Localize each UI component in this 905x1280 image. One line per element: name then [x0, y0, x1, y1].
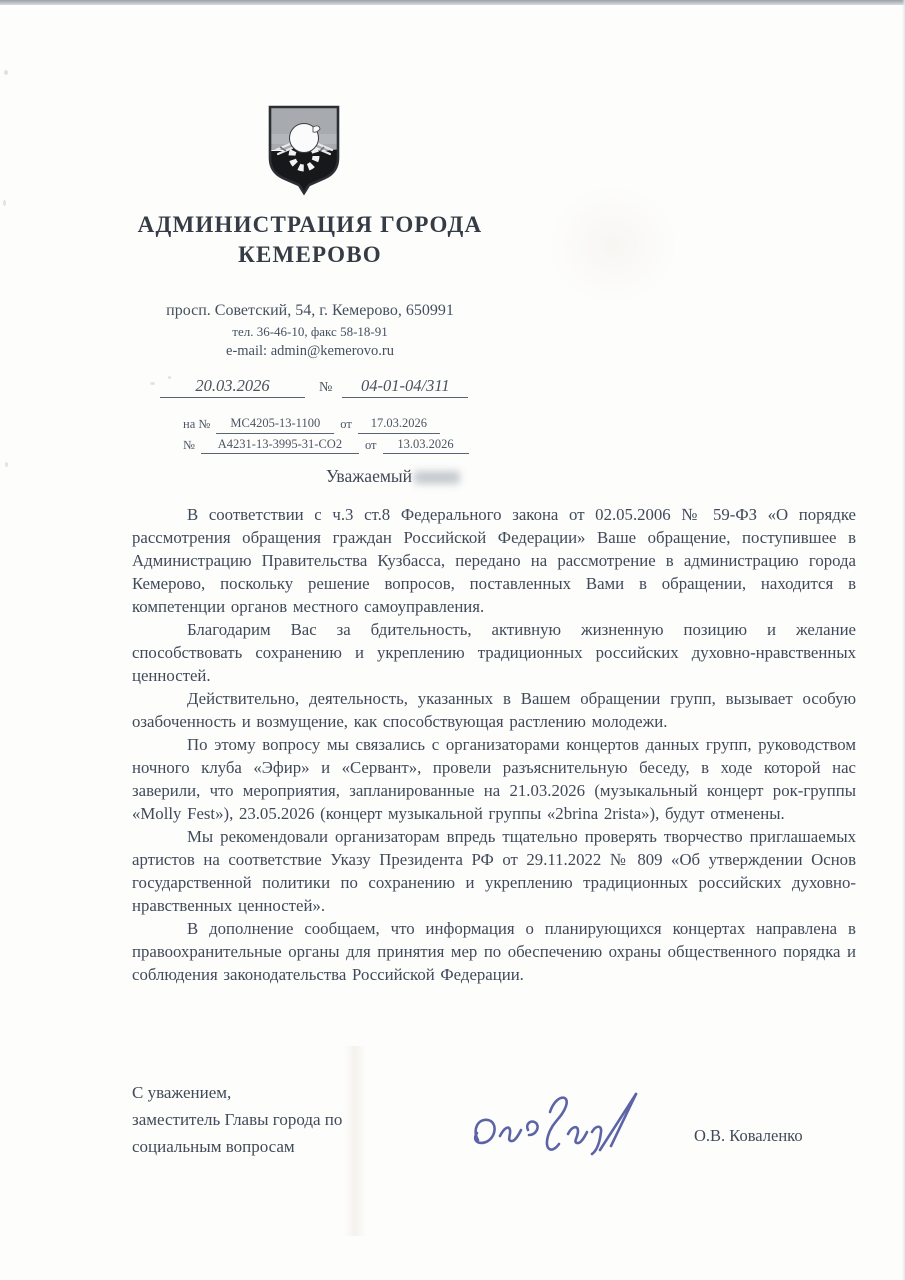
phone-fax: тел. 36-46-10, факс 58-18-91: [95, 322, 525, 341]
reference-line-1: на № МС4205-13-1100 от 17.03.2026: [183, 414, 475, 434]
ref2-date: 13.03.2026: [383, 435, 469, 455]
reference-line-2: № А4231-13-3995-31-СО2 от 13.03.2026: [183, 435, 475, 455]
closing-line: С уважением,: [132, 1079, 342, 1106]
ref2-number: А4231-13-3995-31-СО2: [201, 435, 359, 455]
scan-speck: [4, 70, 8, 75]
paper-crease: [344, 1046, 366, 1236]
salutation-text: Уважаемый: [326, 466, 412, 486]
ref2-prefix: №: [183, 436, 195, 455]
letter-date: 20.03.2026: [160, 376, 305, 398]
scan-speck: [5, 462, 8, 467]
letterhead-contacts: просп. Советский, 54, г. Кемерово, 65099…: [95, 300, 525, 361]
signer-name: О.В. Коваленко: [694, 1126, 854, 1146]
organization-name: АДМИНИСТРАЦИЯ ГОРОДА КЕМЕРОВО: [95, 210, 525, 270]
scan-edge-top: [0, 0, 905, 5]
paragraph: Действительно, деятельность, указанных в…: [132, 687, 856, 733]
letter-body: В соответствии с ч.3 ст.8 Федерального з…: [132, 503, 856, 986]
date-number-row: 20.03.2026 № 04-01-04/311: [160, 376, 468, 398]
ref1-prefix: на №: [183, 415, 210, 434]
scan-speck: [150, 382, 155, 385]
paragraph: Мы рекомендовали организаторам впредь тщ…: [132, 825, 856, 917]
scan-smudge: [548, 185, 678, 305]
ref1-date: 17.03.2026: [358, 414, 440, 434]
ref1-ot: от: [340, 415, 352, 434]
closing-block: С уважением, заместитель Главы города по…: [132, 1079, 342, 1160]
ref1-number: МС4205-13-1100: [216, 414, 334, 434]
kemerovo-coat-of-arms-icon: [266, 104, 342, 199]
number-sign: №: [319, 380, 332, 398]
salutation-line: Уважаемый: [326, 466, 460, 487]
redacted-addressee-name: [414, 471, 460, 484]
signer-title-line: заместитель Главы города по: [132, 1106, 342, 1133]
organization-name-line2: КЕМЕРОВО: [95, 240, 525, 270]
scanned-letter-page: АДМИНИСТРАЦИЯ ГОРОДА КЕМЕРОВО просп. Сов…: [0, 0, 905, 1280]
handwritten-signature-icon: [462, 1078, 652, 1173]
postal-address: просп. Советский, 54, г. Кемерово, 65099…: [95, 300, 525, 322]
paragraph: В соответствии с ч.3 ст.8 Федерального з…: [132, 503, 856, 618]
email: e-mail: admin@kemerovo.ru: [95, 341, 525, 361]
paragraph: Благодарим Вас за бдительность, активную…: [132, 618, 856, 687]
ref2-ot: от: [365, 436, 377, 455]
signer-title-line: социальным вопросам: [132, 1133, 342, 1160]
reference-block: на № МС4205-13-1100 от 17.03.2026 № А423…: [183, 414, 475, 454]
organization-name-line1: АДМИНИСТРАЦИЯ ГОРОДА: [95, 210, 525, 240]
scan-speck: [3, 200, 6, 206]
paragraph: В дополнение сообщаем, что информация о …: [132, 917, 856, 986]
letter-number: 04-01-04/311: [342, 376, 468, 398]
paragraph: По этому вопросу мы связались с организа…: [132, 733, 856, 825]
